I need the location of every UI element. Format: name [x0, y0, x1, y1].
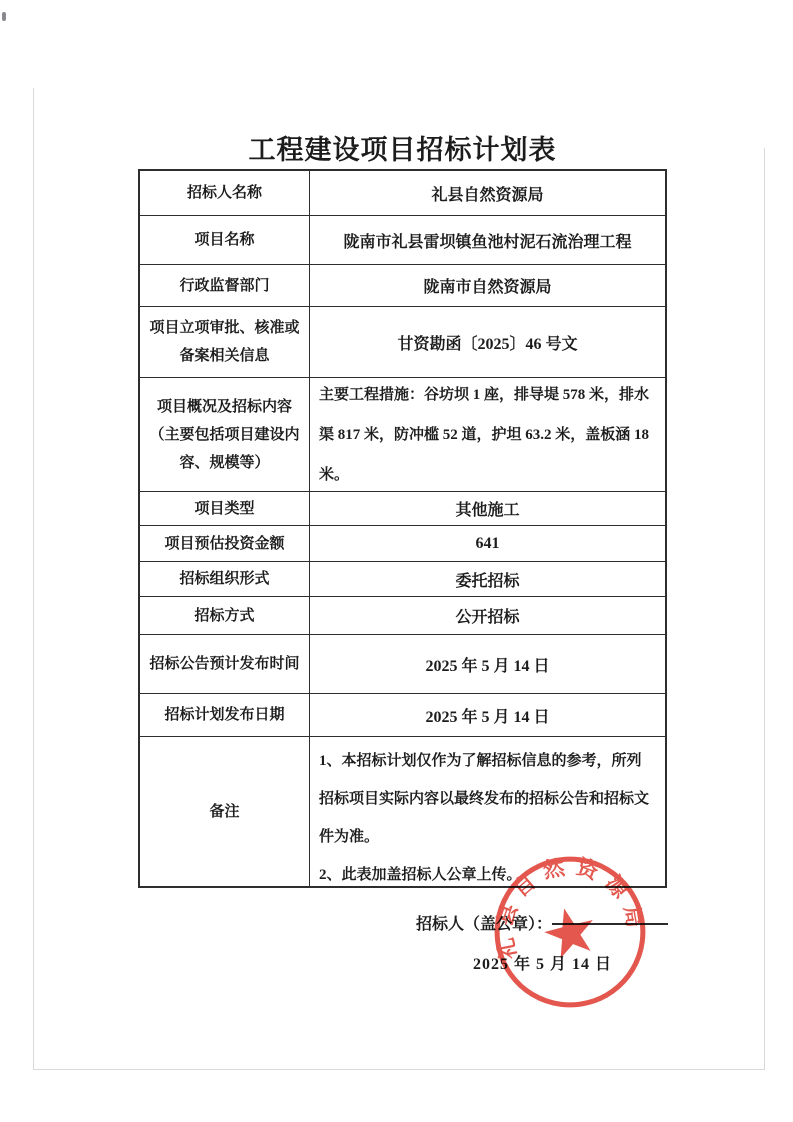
- page-title: 工程建设项目招标计划表: [138, 128, 667, 167]
- row-label-remarks: 备注: [140, 737, 310, 886]
- row-label-supervising-dept: 行政监督部门: [140, 265, 310, 306]
- row-value-project-name: 陇南市礼县雷坝镇鱼池村泥石流治理工程: [310, 216, 665, 264]
- row-value-bidder-name: 礼县自然资源局: [310, 171, 665, 215]
- row-label-bidder-name: 招标人名称: [140, 171, 310, 215]
- signature-line: [552, 923, 668, 925]
- table-row: 招标组织形式 委托招标: [140, 561, 665, 596]
- row-value-approval-info: 甘资勘函〔2025〕46 号文: [310, 307, 665, 377]
- row-label-project-name: 项目名称: [140, 216, 310, 264]
- row-value-project-type: 其他施工: [310, 492, 665, 525]
- row-label-project-overview: 项目概况及招标内容（主要包括项目建设内容、规模等）: [140, 378, 310, 491]
- row-value-project-overview: 主要工程措施：谷坊坝 1 座，排导堤 578 米，排水渠 817 米，防冲槛 5…: [310, 378, 665, 491]
- table-row: 招标方式 公开招标: [140, 596, 665, 634]
- row-label-plan-publish-date: 招标计划发布日期: [140, 694, 310, 736]
- remarks-paragraph-2: 2、此表加盖招标人公章上传。: [319, 856, 522, 894]
- row-label-bidding-method: 招标方式: [140, 597, 310, 634]
- paper-edge-right: [764, 148, 765, 1070]
- row-label-approval-info: 项目立项审批、核准或备案相关信息: [140, 307, 310, 377]
- row-value-organization-form: 委托招标: [310, 562, 665, 596]
- table-row: 行政监督部门 陇南市自然资源局: [140, 264, 665, 306]
- signature-row: 招标人（盖公章）：: [416, 911, 668, 934]
- signature-label: 招标人（盖公章）：: [416, 916, 552, 933]
- row-label-estimated-investment: 项目预估投资金额: [140, 526, 310, 561]
- remarks-paragraph-1: 1、本招标计划仅作为了解招标信息的参考，所列招标项目实际内容以最终发布的招标公告…: [319, 742, 656, 856]
- table-row: 招标人名称 礼县自然资源局: [140, 171, 665, 215]
- row-label-project-type: 项目类型: [140, 492, 310, 525]
- signature-date: 2025 年 5 月 14 日: [473, 951, 612, 974]
- paper-edge-bottom: [33, 1069, 765, 1070]
- table-row: 项目类型 其他施工: [140, 491, 665, 525]
- row-value-remarks: 1、本招标计划仅作为了解招标信息的参考，所列招标项目实际内容以最终发布的招标公告…: [310, 737, 665, 886]
- scan-artifact: [2, 12, 6, 21]
- table-row: 招标计划发布日期 2025 年 5 月 14 日: [140, 693, 665, 736]
- table-row: 招标公告预计发布时间 2025 年 5 月 14 日: [140, 634, 665, 693]
- row-value-plan-publish-date: 2025 年 5 月 14 日: [310, 694, 665, 736]
- row-value-bidding-method: 公开招标: [310, 597, 665, 634]
- table-row: 项目预估投资金额 641: [140, 525, 665, 561]
- bidding-plan-table: 招标人名称 礼县自然资源局 项目名称 陇南市礼县雷坝镇鱼池村泥石流治理工程 行政…: [138, 169, 667, 888]
- table-row: 项目概况及招标内容（主要包括项目建设内容、规模等） 主要工程措施：谷坊坝 1 座…: [140, 377, 665, 491]
- paper-edge-left: [33, 88, 34, 1070]
- row-value-estimated-investment: 641: [310, 526, 665, 561]
- row-value-supervising-dept: 陇南市自然资源局: [310, 265, 665, 306]
- scanned-page: 工程建设项目招标计划表 招标人名称 礼县自然资源局 项目名称 陇南市礼县雷坝镇鱼…: [0, 0, 793, 1122]
- row-label-announcement-date: 招标公告预计发布时间: [140, 635, 310, 693]
- table-row: 项目立项审批、核准或备案相关信息 甘资勘函〔2025〕46 号文: [140, 306, 665, 377]
- table-row: 备注 1、本招标计划仅作为了解招标信息的参考，所列招标项目实际内容以最终发布的招…: [140, 736, 665, 886]
- table-row: 项目名称 陇南市礼县雷坝镇鱼池村泥石流治理工程: [140, 215, 665, 264]
- row-value-announcement-date: 2025 年 5 月 14 日: [310, 635, 665, 693]
- row-label-organization-form: 招标组织形式: [140, 562, 310, 596]
